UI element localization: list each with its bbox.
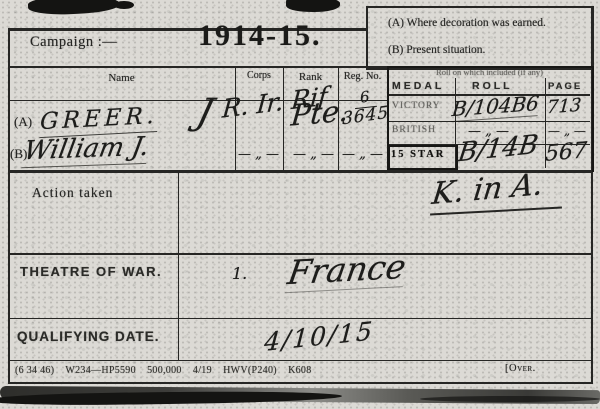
medal-row-star-label: 15 STAR	[391, 149, 445, 160]
action-taken-label: Action taken	[32, 185, 113, 201]
header-rank: Rank	[283, 71, 338, 83]
over-note: [Over.	[505, 363, 536, 374]
row-b-corps-ditto: — „ —	[238, 147, 279, 162]
row-a-prefix: (A)	[14, 114, 32, 130]
action-taken-note: K. in A.	[430, 167, 545, 212]
header-name: Name	[8, 72, 235, 84]
theatre-label: THEATRE OF WAR.	[20, 264, 162, 279]
medal-row-british-label: BRITISH	[392, 125, 436, 135]
medal-row-divider-1	[389, 121, 590, 122]
medal-row-victory-label: VICTORY	[392, 101, 441, 111]
theatre-value: France	[285, 247, 409, 294]
scan-artifact-top-left-small	[114, 1, 134, 9]
corner-note-b: (B) Present situation.	[388, 44, 485, 56]
campaign-label: Campaign :—	[30, 34, 117, 51]
campaign-value: 1914-15.	[198, 19, 322, 53]
scan-artifact-top-left	[28, 0, 121, 16]
row-b-forename: William J.	[21, 132, 151, 169]
row-b-rank-ditto: — „ —	[293, 147, 334, 162]
print-code: (6 34 46) W234—HP5590 500,000 4/19 HWV(P…	[15, 365, 312, 376]
row-a-name-flourish: J	[193, 92, 218, 133]
corner-notes-box	[366, 6, 594, 70]
medal-index-card-scan: Campaign :— 1914-15. (A) Where decoratio…	[0, 0, 600, 409]
medal-row-victory-page: 713	[546, 95, 582, 119]
page-col-header: PAGE	[548, 81, 582, 92]
theatre-number: 1.	[232, 264, 247, 283]
row-b-reg-ditto: — „ —	[342, 147, 383, 162]
qualifying-value: 4/10/15	[263, 316, 375, 357]
roll-col-header: ROLL	[472, 80, 513, 92]
qualifying-label: QUALIFYING DATE.	[17, 329, 160, 344]
medal-row-british-page: — „ —	[548, 124, 586, 138]
header-reg-no: Reg. No.	[338, 71, 387, 82]
header-corps: Corps	[235, 70, 283, 81]
row-a-rank: Pte.	[290, 93, 350, 132]
scan-artifact-top-middle	[286, 0, 340, 12]
medal-col-header: MEDAL	[392, 80, 444, 92]
qualifying-bottom-rule	[8, 360, 592, 361]
row-a-reg-no-bottom: 3645	[342, 103, 389, 130]
medal-span-header: Roll on which included (if any)	[389, 67, 590, 77]
medal-row-star-page: 567	[544, 138, 587, 167]
theatre-bottom-rule	[8, 318, 592, 319]
action-col-divider	[178, 170, 179, 360]
scan-artifact-bottom-right	[420, 396, 600, 402]
corner-note-a: (A) Where decoration was earned.	[388, 17, 546, 29]
card-bottom-border	[8, 382, 592, 384]
